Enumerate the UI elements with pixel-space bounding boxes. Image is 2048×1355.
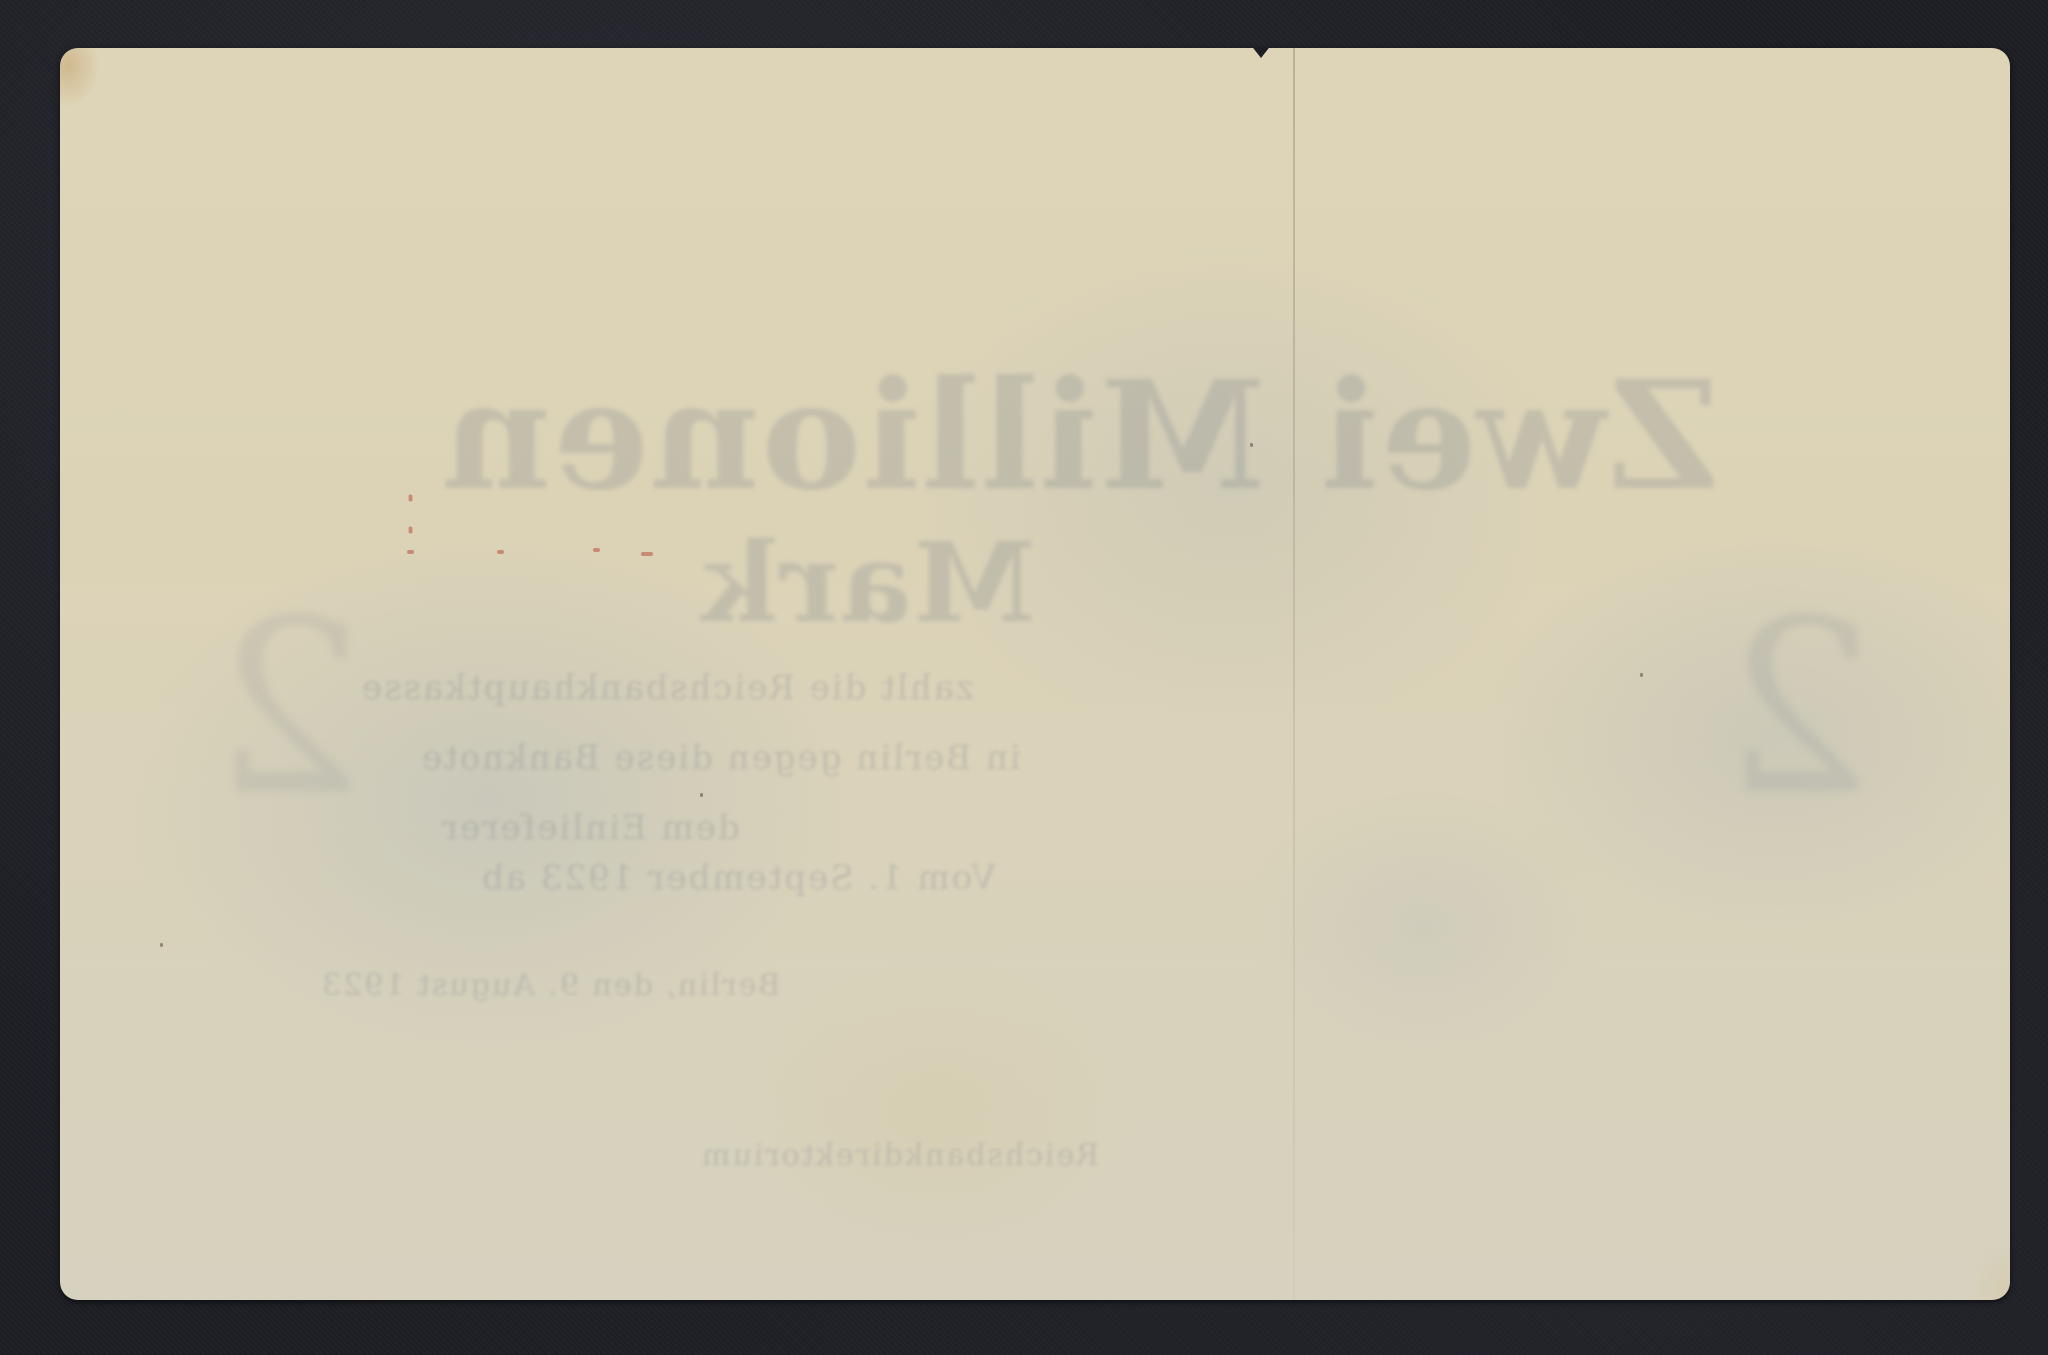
showthrough-text-line: dem Einlieferer [440, 808, 740, 848]
corner-stain-top-left [60, 48, 100, 108]
showthrough-subtitle: Mark [700, 518, 1035, 647]
paper-speck [160, 943, 163, 947]
showthrough-text-line: in Berlin gegen diese Banknote [420, 738, 1021, 778]
center-fold-line [1293, 48, 1295, 1300]
showthrough-left-numeral: 2 [210, 568, 365, 848]
paper-speck [1640, 673, 1643, 677]
showthrough-text-line: Vom 1. September 1923 ab [480, 858, 996, 898]
paper-speck [700, 793, 703, 797]
top-edge-notch [1250, 48, 1272, 58]
corner-wear-bottom-right [1970, 1240, 2010, 1300]
showthrough-date-line: Berlin, den 9. August 1923 [320, 968, 781, 1003]
showthrough-right-numeral: 2 [1720, 568, 1875, 848]
showthrough-text-line: zahlt die Reichsbankhauptkasse [360, 668, 974, 708]
banknote-paper: 2 2 Zwei Millionen Mark zahlt die Reichs… [60, 48, 2010, 1300]
showthrough-signature-line: Reichsbankdirektorium [700, 1138, 1099, 1173]
red-serial-showthrough [405, 488, 665, 578]
paper-speck [1250, 443, 1253, 447]
